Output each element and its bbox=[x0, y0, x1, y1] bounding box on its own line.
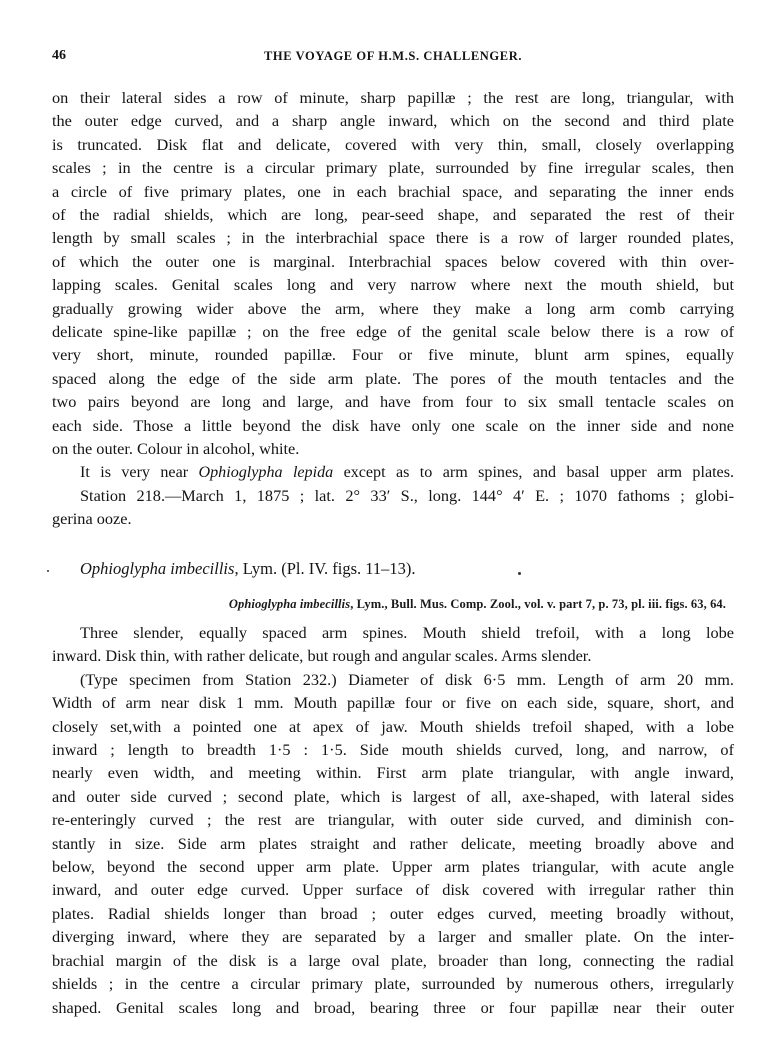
text-line: and outer side curved ; second plate, wh… bbox=[52, 785, 734, 808]
text-line: two pairs beyond are long and large, and… bbox=[52, 390, 734, 413]
scan-speck bbox=[47, 570, 49, 572]
text-line: nearly even width, and meeting within. F… bbox=[52, 761, 734, 784]
text-line: each side. Those a little beyond the dis… bbox=[52, 414, 734, 437]
text-line: of which the outer one is marginal. Inte… bbox=[52, 250, 734, 273]
text-line: re-enteringly curved ; the rest are tria… bbox=[52, 808, 734, 831]
text-line: lapping scales. Genital scales long and … bbox=[52, 273, 734, 296]
text-line: shaped. Genital scales long and broad, b… bbox=[52, 996, 734, 1019]
text-line: the outer edge curved, and a sharp angle… bbox=[52, 109, 734, 132]
running-title: THE VOYAGE OF H.M.S. CHALLENGER. bbox=[52, 49, 734, 64]
synonym-reference: , Lym., Bull. Mus. Comp. Zool., vol. v. … bbox=[350, 597, 726, 611]
text-line: of the radial shields, which are long, p… bbox=[52, 203, 734, 226]
text-line: is truncated. Disk flat and delicate, co… bbox=[52, 133, 734, 156]
text-line: Width of arm near disk 1 mm. Mouth papil… bbox=[52, 691, 734, 714]
section-2-description: Three slender, equally spaced arm spines… bbox=[52, 621, 734, 1019]
running-head: 46 THE VOYAGE OF H.M.S. CHALLENGER. bbox=[52, 48, 734, 68]
text-line: diverging inward, where they are separat… bbox=[52, 925, 734, 948]
station-line: gerina ooze. bbox=[52, 507, 734, 530]
text-line: length by small scales ; in the interbra… bbox=[52, 226, 734, 249]
text-line: (Type specimen from Station 232.) Diamet… bbox=[52, 668, 734, 691]
text-line: closely set,with a pointed one at apex o… bbox=[52, 715, 734, 738]
section-1-description: on their lateral sides a row of minute, … bbox=[52, 86, 734, 531]
text-line: Three slender, equally spaced arm spines… bbox=[52, 621, 734, 644]
text-line: below, beyond the second upper arm plate… bbox=[52, 855, 734, 878]
comparison-prefix: It is very near bbox=[80, 464, 199, 481]
species-heading-name: Ophioglypha imbecillis bbox=[80, 559, 234, 578]
scan-speck bbox=[518, 572, 521, 575]
text-line: spaced along the edge of the side arm pl… bbox=[52, 367, 734, 390]
text-line: inward. Disk thin, with rather delicate,… bbox=[52, 644, 734, 667]
text-line: delicate spine-like papillæ ; on the fre… bbox=[52, 320, 734, 343]
text-line: plates. Radial shields longer than broad… bbox=[52, 902, 734, 925]
text-line: gradually growing wider above the arm, w… bbox=[52, 297, 734, 320]
text-line: a circle of five primary plates, one in … bbox=[52, 180, 734, 203]
comparison-line: It is very near Ophioglypha lepida excep… bbox=[52, 461, 734, 484]
synonym-citation: Ophioglypha imbecillis, Lym., Bull. Mus.… bbox=[229, 597, 726, 612]
comparison-suffix: except as to arm spines, and basal upper… bbox=[333, 464, 734, 481]
text-line: inward ; length to breadth 1·5 : 1·5. Si… bbox=[52, 738, 734, 761]
text-line: on their lateral sides a row of minute, … bbox=[52, 86, 734, 109]
text-line: inward, and outer edge curved. Upper sur… bbox=[52, 878, 734, 901]
station-line: Station 218.—March 1, 1875 ; lat. 2° 33′… bbox=[52, 484, 734, 507]
species-name-lepida: Ophioglypha lepida bbox=[199, 464, 334, 481]
text-line: on the outer. Colour in alcohol, white. bbox=[52, 437, 734, 460]
synonym-name: Ophioglypha imbecillis bbox=[229, 597, 350, 611]
text-line: very short, minute, rounded papillæ. Fou… bbox=[52, 343, 734, 366]
text-line: scales ; in the centre is a circular pri… bbox=[52, 156, 734, 179]
species-heading: Ophioglypha imbecillis, Lym. (Pl. IV. fi… bbox=[80, 559, 416, 579]
text-line: shields ; in the centre a circular prima… bbox=[52, 972, 734, 995]
species-heading-rest: , Lym. (Pl. IV. figs. 11–13). bbox=[234, 559, 415, 578]
text-line: stantly in size. Side arm plates straigh… bbox=[52, 832, 734, 855]
text-line: brachial margin of the disk is a large o… bbox=[52, 949, 734, 972]
